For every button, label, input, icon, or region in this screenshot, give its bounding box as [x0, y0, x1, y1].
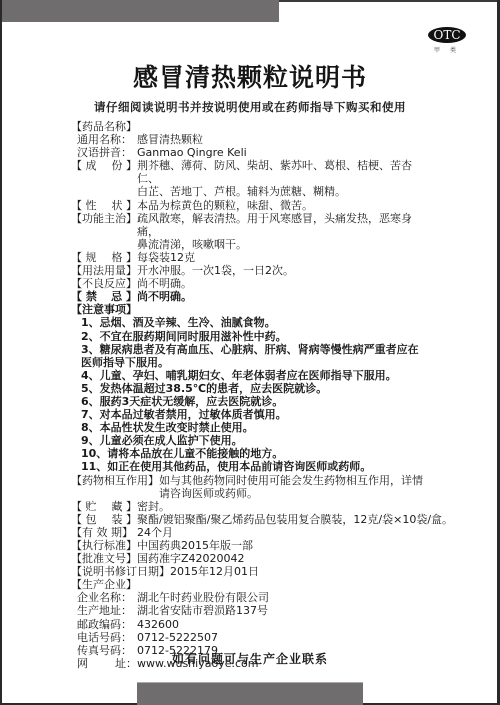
generic-name-value: 感冒清热颗粒	[137, 133, 203, 146]
section-drug-name: 【药品名称】	[71, 120, 431, 133]
manufacturer-phone-row: 电话号码： 0712-5222507	[71, 631, 431, 644]
label-part: 【 包	[71, 513, 97, 526]
field-value: 湖北省安陆市碧涢路137号	[137, 604, 268, 617]
section-value: 疏风散寒，解表清热。用于风寒感冒，头痛发热，恶寒身痛， 鼻流清涕，咳嗽咽干。	[137, 212, 431, 251]
section-label: 【 规 格 】	[71, 251, 137, 264]
precaution-item: 6、服药3天症状无缓解，应去医院就诊。	[71, 395, 431, 408]
otc-class-label: 甲 类	[428, 45, 466, 54]
value-line: 鼻流清涕，咳嗽咽干。	[137, 238, 431, 251]
precaution-item: 11、如正在使用其他药品，使用本品前请咨询医师或药师。	[71, 460, 431, 473]
label-part: 【 贮	[71, 500, 97, 513]
section-label: 【不良反应】	[71, 277, 137, 290]
section-appearance: 【 性 状 】 本品为棕黄色的颗粒，味甜、微苦。	[71, 199, 431, 212]
section-value: 开水冲服。一次1袋，一日2次。	[137, 264, 431, 277]
value-line: 荆芥穗、薄荷、防风、柴胡、紫苏叶、葛根、桔梗、苦杏仁、	[137, 159, 431, 185]
section-value: 如与其他药物同时使用可能会发生药物相互作用，详情 请咨询医师或药师。	[159, 474, 431, 500]
section-label: 【 贮 藏 】	[71, 500, 137, 513]
field-key: 汉语拼音：	[77, 146, 137, 159]
field-key: 企业名称：	[77, 591, 137, 604]
value-line: 请咨询医师或药师。	[159, 487, 431, 500]
section-label: 【 包 装 】	[71, 513, 137, 526]
section-value: 中国药典2015年版一部	[137, 539, 431, 552]
section-approval-number: 【批准文号】 国药准字Z42020042	[71, 552, 431, 565]
value-line: 疏风散寒，解表清热。用于风寒感冒，头痛发热，恶寒身痛，	[137, 212, 431, 238]
label-part: 【 规	[71, 251, 97, 264]
section-packaging: 【 包 装 】 聚酯/镀铝聚酯/聚乙烯药品包装用复合膜装，12克/袋×10袋/盒…	[71, 513, 431, 526]
precaution-item: 9、儿童必须在成人监护下使用。	[71, 434, 431, 447]
precaution-item: 7、对本品过敏者禁用，过敏体质者慎用。	[71, 408, 431, 421]
section-value: 聚酯/镀铝聚酯/聚乙烯药品包装用复合膜装，12克/袋×10袋/盒。	[137, 513, 453, 526]
label-part: 份 】	[112, 159, 138, 198]
section-label: 【注意事项】	[71, 303, 137, 316]
generic-name-row: 通用名称： 感冒清热颗粒	[71, 133, 431, 146]
label-part: 装 】	[112, 513, 138, 526]
otc-mark: OTC 甲 类	[428, 27, 466, 49]
section-label: 【有 效 期】	[71, 526, 137, 539]
precaution-item: 5、发热体温超过38.5℃的患者，应去医院就诊。	[71, 382, 431, 395]
field-value: 湖北午时药业股份有限公司	[137, 591, 269, 604]
pinyin-row: 汉语拼音： Ganmao Qingre Keli	[71, 146, 431, 159]
pinyin-value: Ganmao Qingre Keli	[137, 146, 247, 159]
leaflet-body: 【药品名称】 通用名称： 感冒清热颗粒 汉语拼音： Ganmao Qingre …	[71, 120, 431, 670]
label-part: 【 性	[71, 199, 97, 212]
label-part: 格 】	[112, 251, 138, 264]
section-interactions: 【药物相互作用】 如与其他药物同时使用可能会发生药物相互作用，详情 请咨询医师或…	[71, 474, 431, 500]
field-key: 通用名称：	[77, 133, 137, 146]
section-label: 【功能主治】	[71, 212, 137, 251]
value-line: 如与其他药物同时使用可能会发生药物相互作用，详情	[159, 474, 431, 487]
section-label: 【执行标准】	[71, 539, 137, 552]
section-label: 【说明书修订日期】	[71, 565, 170, 578]
section-shelf-life: 【有 效 期】 24个月	[71, 526, 431, 539]
section-label: 【 成 份 】	[71, 159, 137, 198]
field-value: 0712-5222507	[137, 631, 218, 644]
label-part: 忌 】	[111, 290, 137, 303]
document-subtitle: 请仔细阅读说明书并按说明使用或在药师指导下购买和使用	[0, 99, 500, 115]
section-label: 【药物相互作用】	[71, 474, 159, 500]
section-value: 24个月	[137, 526, 431, 539]
section-value: 每袋装12克	[137, 251, 431, 264]
section-adverse-reactions: 【不良反应】 尚不明确。	[71, 277, 431, 290]
field-key: 邮政编码：	[77, 618, 137, 631]
manufacturer-name-row: 企业名称： 湖北午时药业股份有限公司	[71, 591, 431, 604]
section-value: 荆芥穗、薄荷、防风、柴胡、紫苏叶、葛根、桔梗、苦杏仁、 白芷、苦地丁、芦根。辅料…	[137, 159, 431, 198]
precaution-item: 2、不宜在服药期间同时服用滋补性中药。	[71, 330, 431, 343]
label-part: 【 成	[71, 159, 97, 198]
section-label: 【药品名称】	[71, 120, 137, 133]
section-storage: 【 贮 藏 】 密封。	[71, 500, 431, 513]
precaution-item: 8、本品性状发生改变时禁止使用。	[71, 421, 431, 434]
precaution-item-continued: 医师指导下服用。	[71, 356, 431, 369]
precaution-item: 10、请将本品放在儿童不能接触的地方。	[71, 447, 431, 460]
field-key: 生产地址：	[77, 604, 137, 617]
top-gray-bar	[2, 0, 279, 22]
label-part: 状 】	[112, 199, 138, 212]
label-part: 【 禁	[71, 290, 97, 303]
precaution-item: 4、儿童、孕妇、哺乳期妇女、年老体弱者应在医师指导下服用。	[71, 369, 431, 382]
section-indications: 【功能主治】 疏风散寒，解表清热。用于风寒感冒，头痛发热，恶寒身痛， 鼻流清涕，…	[71, 212, 431, 251]
section-dosage: 【用法用量】 开水冲服。一次1袋，一日2次。	[71, 264, 431, 277]
section-contraindications: 【 禁 忌 】 尚不明确。	[71, 290, 431, 303]
section-specification: 【 规 格 】 每袋装12克	[71, 251, 431, 264]
section-value: 国药准字Z42020042	[137, 552, 431, 565]
section-ingredients: 【 成 份 】 荆芥穗、薄荷、防风、柴胡、紫苏叶、葛根、桔梗、苦杏仁、 白芷、苦…	[71, 159, 431, 198]
section-value: 密封。	[137, 500, 431, 513]
section-label: 【用法用量】	[71, 264, 137, 277]
section-label: 【 禁 忌 】	[71, 290, 137, 303]
section-precautions: 【注意事项】	[71, 303, 431, 316]
section-manufacturer: 【生产企业】	[71, 578, 431, 591]
field-value: 432600	[137, 618, 179, 631]
precaution-item: 3、糖尿病患者及有高血压、心脏病、肝病、肾病等慢性病严重者应在	[71, 343, 431, 356]
section-label: 【 性 状 】	[71, 199, 137, 212]
section-label: 【批准文号】	[71, 552, 137, 565]
field-key: 电话号码：	[77, 631, 137, 644]
manufacturer-address-row: 生产地址： 湖北省安陆市碧涢路137号	[71, 604, 431, 617]
section-value: 尚不明确。	[137, 277, 431, 290]
contact-note: 如有问题可与生产企业联系	[0, 650, 500, 667]
label-part: 藏 】	[112, 500, 138, 513]
section-value: 2015年12月01日	[170, 565, 431, 578]
otc-badge-icon: OTC	[428, 27, 466, 43]
section-value: 本品为棕黄色的颗粒，味甜、微苦。	[137, 199, 431, 212]
bottom-gray-bar	[137, 682, 363, 705]
value-line: 白芷、苦地丁、芦根。辅料为蔗糖、糊精。	[137, 185, 431, 198]
section-revision-date: 【说明书修订日期】 2015年12月01日	[71, 565, 431, 578]
document-title: 感冒清热颗粒说明书	[0, 58, 500, 94]
section-standard: 【执行标准】 中国药典2015年版一部	[71, 539, 431, 552]
precaution-item: 1、忌烟、酒及辛辣、生冷、油腻食物。	[71, 316, 431, 329]
manufacturer-postcode-row: 邮政编码： 432600	[71, 618, 431, 631]
section-label: 【生产企业】	[71, 578, 137, 591]
section-value: 尚不明确。	[137, 290, 431, 303]
